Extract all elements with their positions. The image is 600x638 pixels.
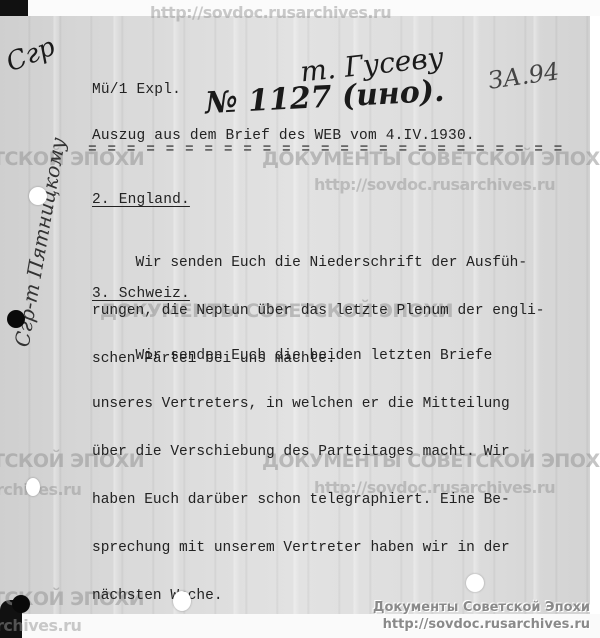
section-heading-england: 2. England. (92, 192, 190, 208)
text-line: unseres Vertreters, in welchen er die Mi… (92, 396, 510, 412)
watermark-url-left-2: rchives.ru (0, 616, 81, 635)
punch-hole (12, 595, 30, 613)
title-underline: = = = = = = = = = = = = = = = = = = = = … (88, 142, 563, 158)
text-line: über die Verschiebung des Parteitages ma… (92, 444, 510, 460)
watermark-url-left: rchives.ru (0, 480, 81, 499)
footer-archive-url: http://sovdoc.rusarchives.ru (383, 617, 590, 632)
punch-hole (466, 574, 484, 592)
section-schweiz-body: Wir senden Euch die beiden letzten Brief… (92, 316, 510, 620)
punch-hole (173, 591, 191, 611)
punch-hole (26, 478, 40, 496)
watermark-url: http://sovdoc.rusarchives.ru (314, 175, 555, 194)
scan-corner (0, 0, 28, 16)
watermark-url-top: http://sovdoc.rusarchives.ru (150, 3, 391, 22)
footer-archive-title: Документы Советской Эпохи (373, 600, 590, 615)
text-line: haben Euch darüber schon telegraphiert. … (92, 492, 510, 508)
reference-line: Mü/1 Expl. (92, 82, 181, 98)
section-heading-schweiz: 3. Schweiz. (92, 286, 190, 302)
punch-hole (29, 187, 47, 205)
text-line: Wir senden Euch die beiden letzten Brief… (92, 348, 510, 364)
text-line: Wir senden Euch die Niederschrift der Au… (92, 255, 544, 271)
text-line: sprechung mit unserem Vertreter haben wi… (92, 540, 510, 556)
punch-hole (7, 310, 25, 328)
